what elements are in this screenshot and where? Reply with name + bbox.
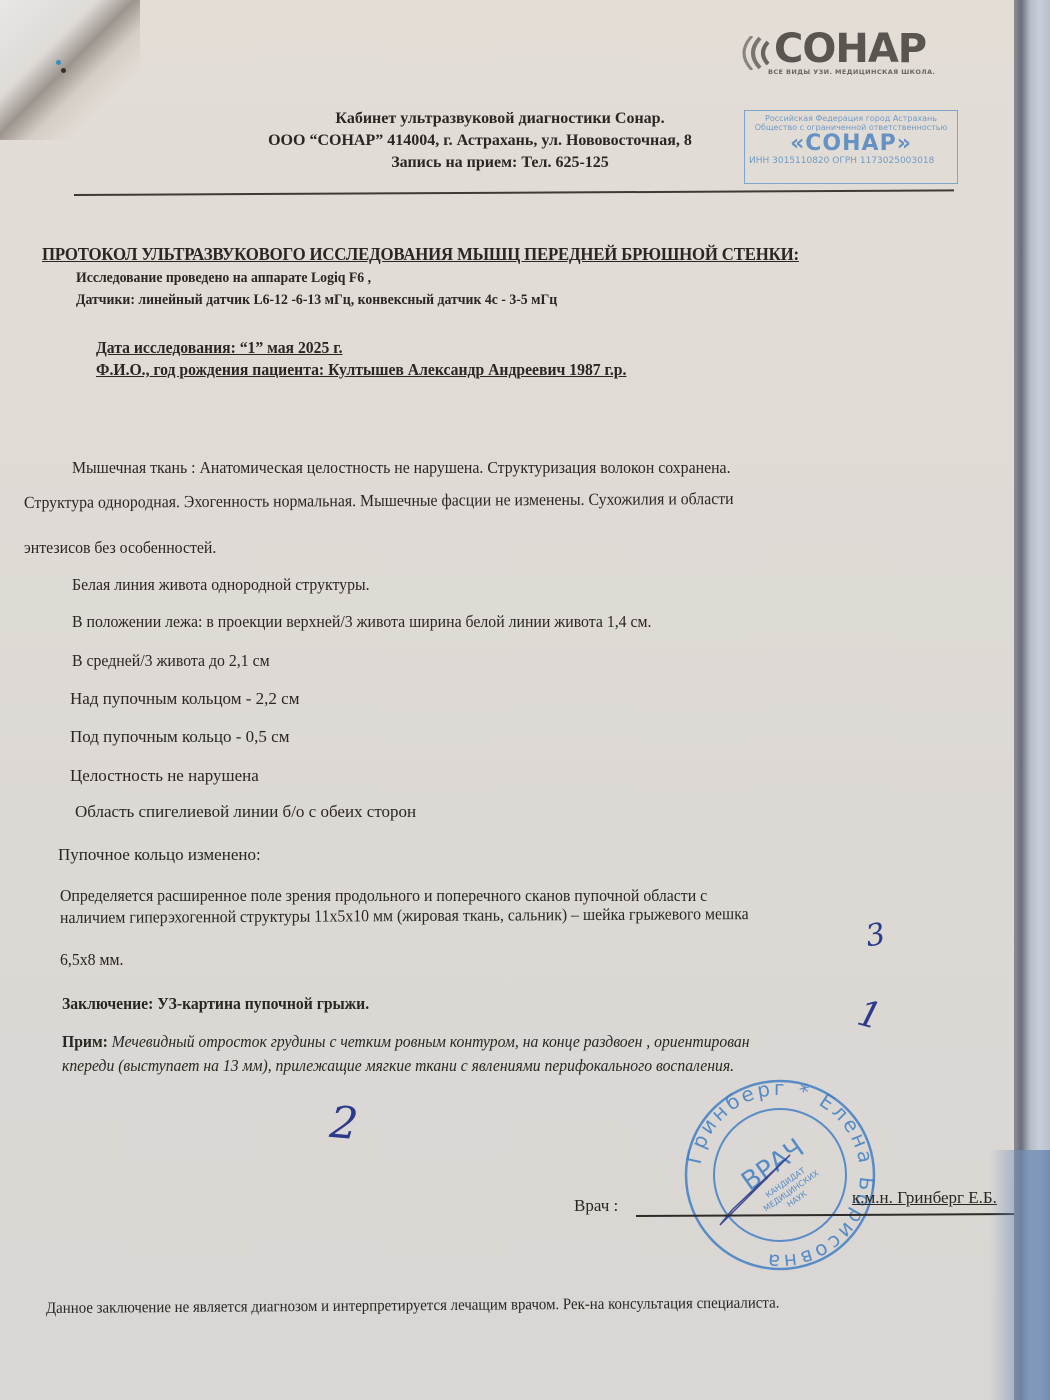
logo-tagline: ВСЕ ВИДЫ УЗИ. МЕДИЦИНСКАЯ ШКОЛА.	[768, 68, 935, 76]
linea-alba-line: Белая линия живота однородной структуры.	[72, 575, 370, 595]
conclusion: Заключение: УЗ-картина пупочной грыжи.	[62, 994, 369, 1014]
decorative-dot	[56, 60, 61, 65]
note-label: Прим:	[62, 1032, 108, 1051]
umbilical-ring-line: Пупочное кольцо изменено:	[58, 845, 261, 865]
stamp-country: Российская Федерация город Астрахань	[745, 114, 957, 123]
signature-label: Врач :	[574, 1196, 618, 1216]
page-corner-shadow	[0, 0, 140, 140]
clinic-name: Кабинет ультразвуковой диагностики Сонар…	[240, 108, 760, 130]
clinic-phone: Запись на прием: Тел. 625-125	[240, 152, 760, 174]
disclaimer-footer: Данное заключение не является диагнозом …	[46, 1294, 780, 1318]
finding-line-3: 6,5х8 мм.	[60, 950, 123, 970]
below-umbilical-line: Под пупочным кольцо - 0,5 см	[70, 727, 290, 747]
device-info: Исследование проведено на аппарате Logiq…	[76, 270, 371, 287]
muscle-tissue-line-3: энтезисов без особенностей.	[24, 538, 216, 558]
handwritten-mark-2: 2	[328, 1097, 360, 1150]
muscle-tissue-line-1: Мышечная ткань : Анатомическая целостнос…	[72, 458, 731, 478]
note-line-2: кпереди (выступает на 13 мм), прилежащие…	[62, 1056, 734, 1076]
patient-info: Ф.И.О., год рождения пациента: Култышев …	[96, 360, 626, 380]
stamp-ids: ИНН 3015110820 ОГРН 1173025003018	[745, 156, 957, 166]
sensor-info: Датчики: линейный датчик L6-12 -6-13 мГц…	[76, 292, 557, 309]
finding-line-2: наличием гиперэхогенной структуры 11х5х1…	[60, 904, 749, 928]
handwritten-mark-1: 1	[853, 993, 886, 1039]
note-text-1: Мечевидный отросток грудины с четким ров…	[112, 1032, 750, 1051]
exam-date: Дата исследования: “1” мая 2025 г.	[96, 338, 342, 358]
document-page: СОНАР ВСЕ ВИДЫ УЗИ. МЕДИЦИНСКАЯ ШКОЛА. К…	[0, 0, 1030, 1400]
doctor-stamp: Гринберг * Елена Борисовна ВРАЧ КАНДИДАТ…	[680, 1075, 880, 1275]
above-umbilical-line: Над пупочным кольцом - 2,2 см	[70, 689, 299, 709]
binder-edge-shadow	[990, 1150, 1050, 1400]
muscle-tissue-line-2: Структура однородная. Эхогенность нормал…	[24, 489, 734, 513]
stamp-org-name: «СОНАР»	[745, 132, 957, 156]
finding-line-1: Определяется расширенное поле зрения про…	[60, 886, 707, 906]
middle-third-line: В средней/3 живота до 2,1 см	[72, 651, 270, 671]
note-line-1: Прим: Мечевидный отросток грудины с четк…	[62, 1032, 750, 1052]
integrity-line: Целостность не нарушена	[70, 766, 259, 786]
lying-upper-third-line: В положении лежа: в проекции верхней/3 ж…	[72, 612, 652, 632]
decorative-dot	[61, 68, 66, 73]
sound-waves-icon	[738, 36, 778, 70]
logo-brand: СОНАР	[774, 26, 926, 72]
handwritten-mark-3: 3	[863, 917, 888, 955]
organization-stamp: Российская Федерация город Астрахань Общ…	[744, 110, 958, 184]
clinic-address: ООО “СОНАР” 414004, г. Астрахань, ул. Но…	[200, 130, 760, 152]
spigelian-line: Область спигелиевой линии б/о с обеих ст…	[75, 802, 416, 822]
header-divider	[74, 189, 954, 196]
clinic-header: Кабинет ультразвуковой диагностики Сонар…	[240, 108, 760, 174]
protocol-title: ПРОТОКОЛ УЛЬТРАЗВУКОВОГО ИССЛЕДОВАНИЯ МЫ…	[42, 244, 944, 265]
doctor-name: к.м.н. Гринберг Е.Б.	[852, 1188, 997, 1208]
